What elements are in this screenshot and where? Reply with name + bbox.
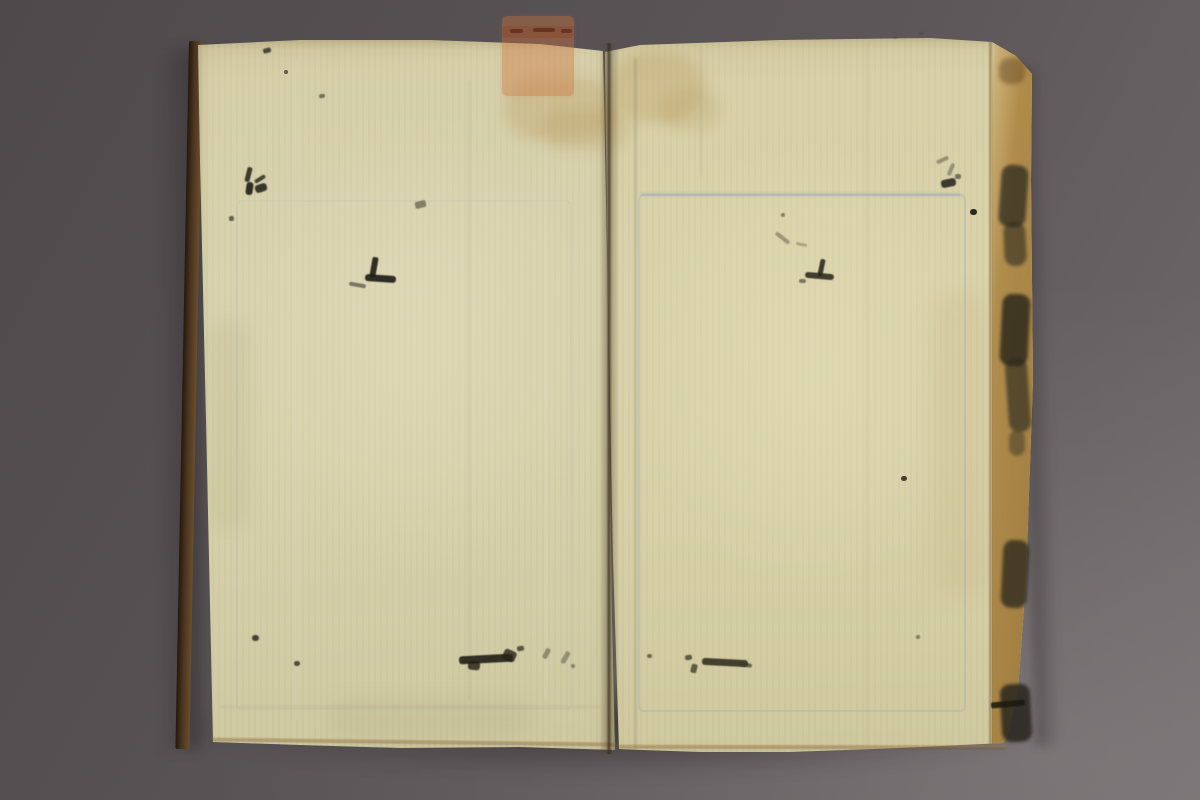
ink-mark — [781, 213, 785, 217]
ink-mark — [319, 94, 326, 99]
ink-mark — [936, 155, 949, 164]
ink-mark — [690, 663, 698, 673]
ink-mark — [517, 645, 525, 651]
ink-mark — [893, 36, 897, 39]
ink-mark — [414, 200, 426, 209]
ink-mark — [805, 272, 834, 281]
ink-mark — [571, 664, 575, 668]
ink-mark — [775, 231, 791, 245]
ink-mark — [252, 635, 259, 641]
ink-mark — [799, 279, 806, 283]
ink-mark — [919, 31, 925, 36]
ink-mark — [955, 174, 961, 179]
ink-mark — [294, 661, 300, 666]
ink-mark — [970, 209, 977, 215]
ink-mark — [916, 635, 920, 639]
ink-mark — [796, 242, 807, 247]
ink-mark — [901, 476, 907, 481]
ink-mark — [262, 47, 271, 54]
ink-mark — [560, 651, 571, 665]
ink-mark — [468, 660, 481, 670]
ink-mark — [365, 274, 396, 283]
ink-mark — [254, 182, 268, 193]
ink-mark-layer — [0, 0, 1200, 800]
ink-mark — [349, 282, 366, 289]
book-photograph — [0, 0, 1200, 800]
ink-mark — [647, 654, 652, 658]
ink-mark — [542, 647, 551, 659]
ink-mark — [284, 70, 288, 74]
ink-mark — [685, 655, 693, 661]
ink-mark — [947, 163, 956, 177]
ink-mark — [740, 662, 752, 668]
ink-mark — [244, 167, 252, 183]
ink-mark — [940, 178, 956, 189]
ink-mark — [229, 216, 234, 221]
ink-mark — [245, 182, 254, 196]
ink-mark — [991, 700, 1025, 709]
